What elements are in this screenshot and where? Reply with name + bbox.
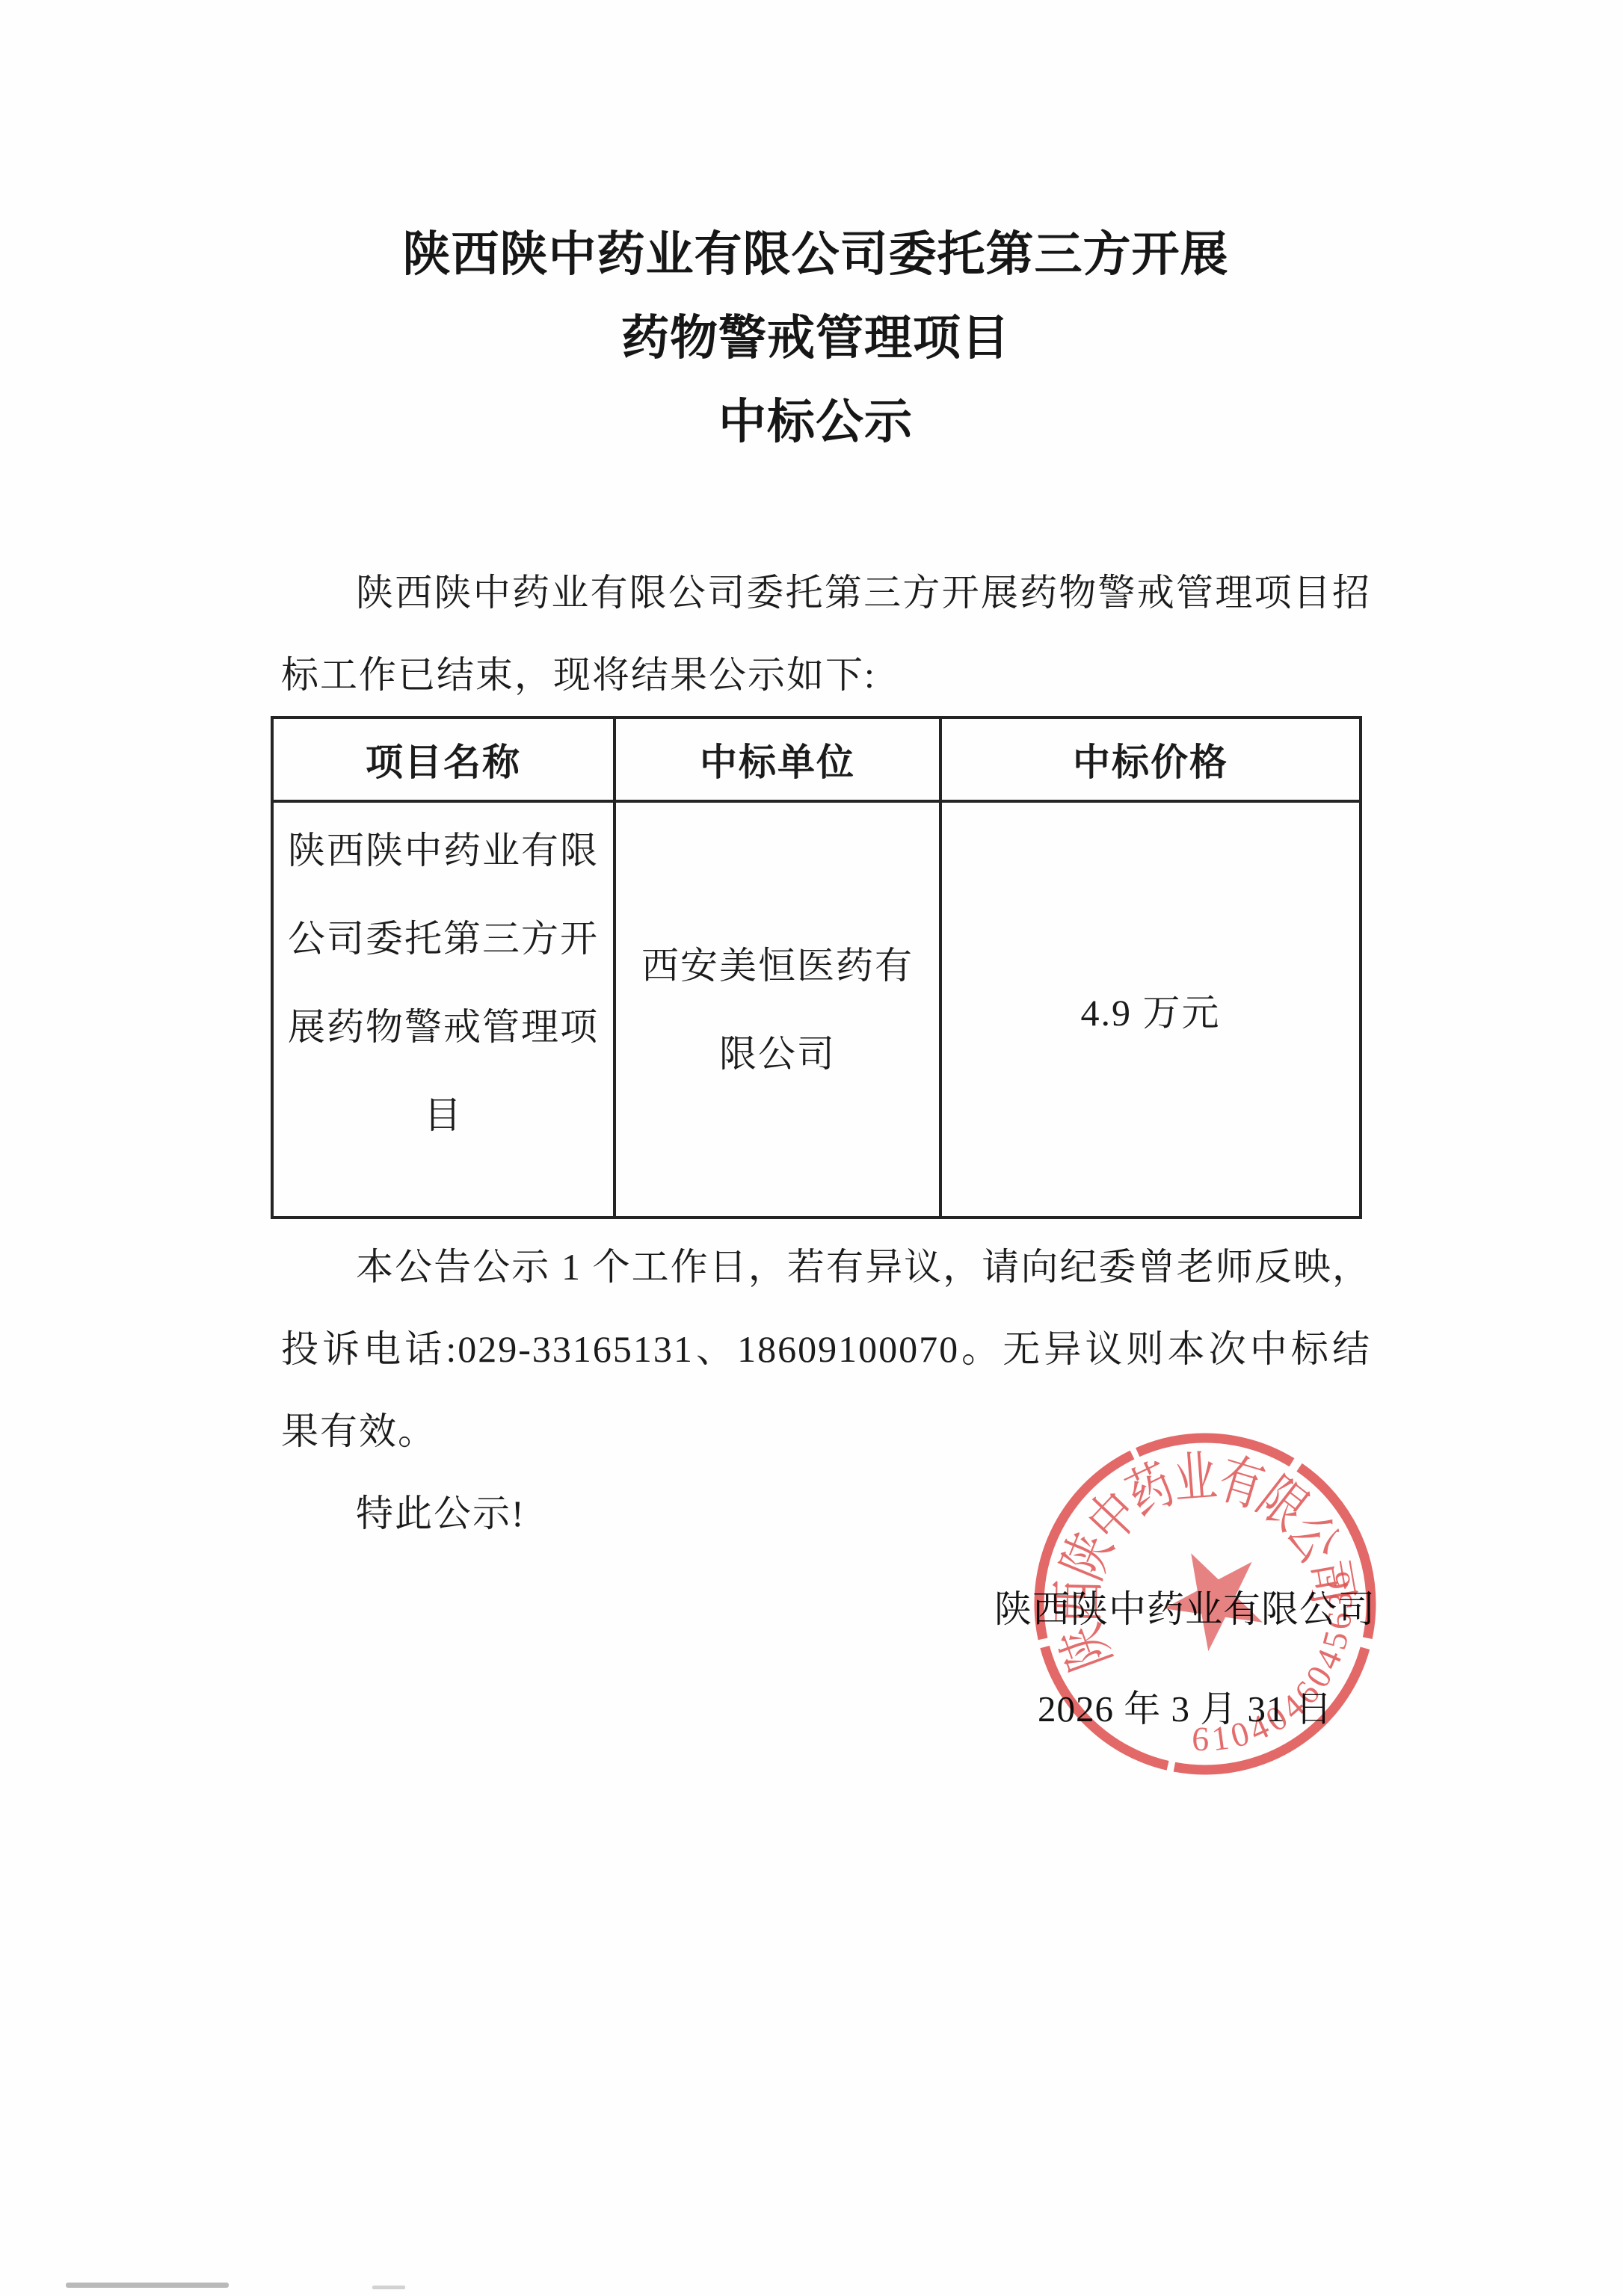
intro-paragraph: 陕西陕中药业有限公司委托第三方开展药物警戒管理项目招标工作已结束，现将结果公示如… [281,552,1371,716]
cell-winning-price: 4.9 万元 [940,801,1361,1218]
col-header-winning-bidder: 中标单位 [615,717,940,801]
intro-section: 陕西陕中药业有限公司委托第三方开展药物警戒管理项目招标工作已结束，现将结果公示如… [281,552,1371,716]
notice-paragraph: 本公告公示 1 个工作日，若有异议，请向纪委曾老师反映，投诉电话:029-331… [281,1226,1371,1472]
closing-statement: 特此公示! [281,1472,1371,1555]
signature-date: 2026 年 3 月 31 日 [1038,1680,1333,1732]
col-header-project-name: 项目名称 [272,717,615,801]
bid-result-table: 项目名称 中标单位 中标价格 陕西陕中药业有限公司委托第三方开展药物警戒管理项目… [271,716,1362,1219]
cell-winning-bidder: 西安美恒医药有限公司 [615,801,940,1218]
col-header-winning-price: 中标价格 [940,717,1361,801]
scan-artifact [66,2283,229,2288]
notice-section: 本公告公示 1 个工作日，若有异议，请向纪委曾老师反映，投诉电话:029-331… [281,1226,1371,1555]
document-title-line-3: 中标公示 [271,380,1361,464]
table-row: 陕西陕中药业有限公司委托第三方开展药物警戒管理项目 西安美恒医药有限公司 4.9… [272,801,1361,1218]
cell-project-name: 陕西陕中药业有限公司委托第三方开展药物警戒管理项目 [272,801,615,1218]
scan-artifact [372,2286,405,2289]
scanned-document-page: 陕西陕中药业有限公司委托第三方开展 药物警戒管理项目 中标公示 陕西陕中药业有限… [0,0,1623,2296]
document-title-line-2: 药物警戒管理项目 [271,297,1361,380]
table-header-row: 项目名称 中标单位 中标价格 [272,717,1361,801]
document-title: 陕西陕中药业有限公司委托第三方开展 药物警戒管理项目 中标公示 [271,213,1361,464]
signature-company-name: 陕西陕中药业有限公司 [994,1579,1376,1633]
document-title-line-1: 陕西陕中药业有限公司委托第三方开展 [271,213,1361,297]
